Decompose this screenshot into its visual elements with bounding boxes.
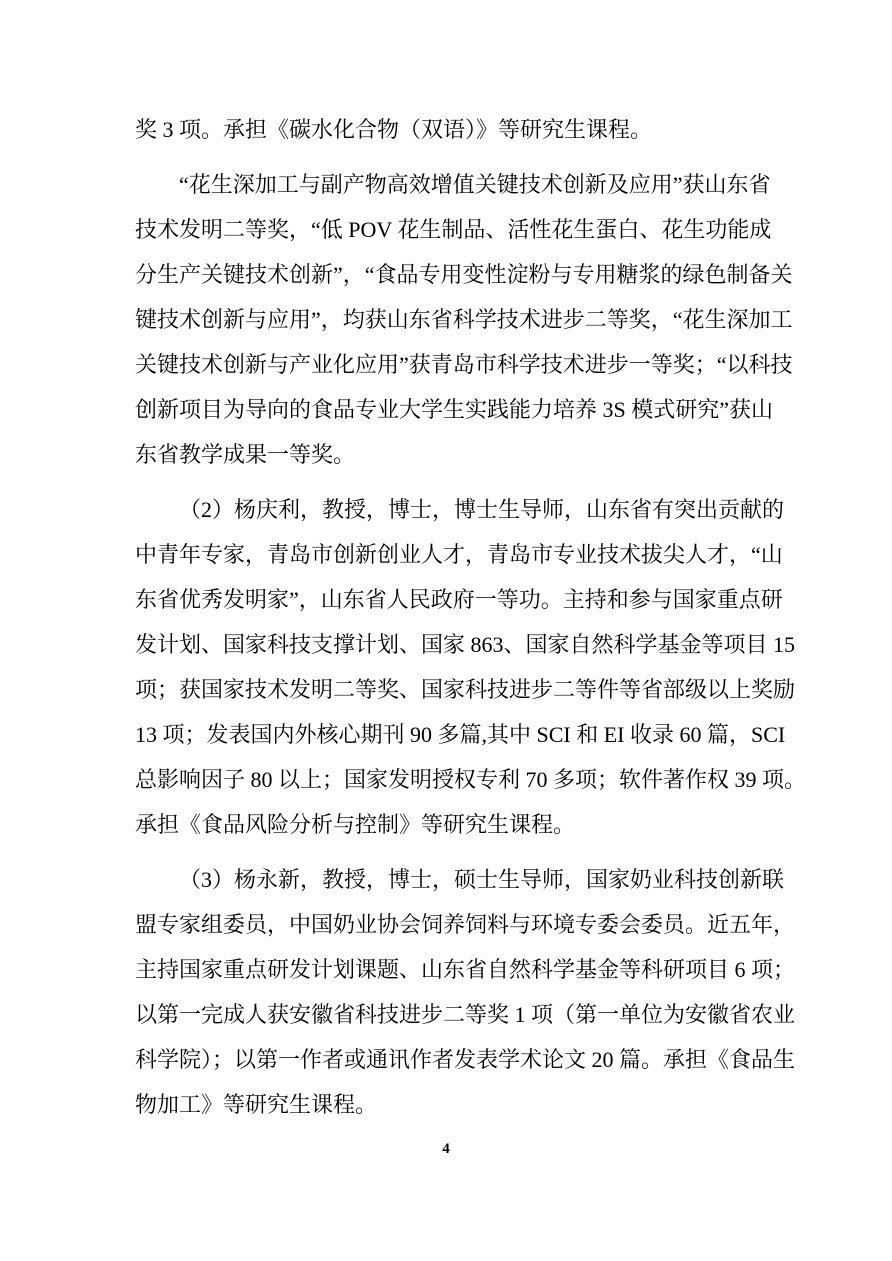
text-line: 东省教学成果一等奖。 — [135, 432, 757, 477]
text-line: 主持国家重点研发计划课题、山东省自然科学基金等科研项目 6 项； — [135, 947, 757, 992]
document-page: 奖 3 项。承担《碳水化合物（双语）》等研究生课程。“花生深加工与副产物高效增值… — [0, 0, 892, 1261]
paragraph: （3）杨永新，教授，博士，硕士生导师，国家奶业科技创新联盟专家组委员，中国奶业协… — [135, 857, 757, 1127]
text-line: 分生产关键技术创新”，“食品专用变性淀粉与专用糖浆的绿色制备关 — [135, 252, 757, 297]
text-line: 物加工》等研究生课程。 — [135, 1082, 757, 1127]
text-line: 关键技术创新与产业化应用”获青岛市科学技术进步一等奖；“以科技 — [135, 342, 757, 387]
text-line: 奖 3 项。承担《碳水化合物（双语）》等研究生课程。 — [135, 107, 757, 152]
text-line: 发计划、国家科技支撑计划、国家 863、国家自然科学基金等项目 15 — [135, 622, 757, 667]
text-line: 以第一完成人获安徽省科技进步二等奖 1 项（第一单位为安徽省农业 — [135, 992, 757, 1037]
paragraph: “花生深加工与副产物高效增值关键技术创新及应用”获山东省技术发明二等奖，“低 P… — [135, 162, 757, 477]
paragraph: （2）杨庆利，教授，博士，博士生导师，山东省有突出贡献的中青年专家，青岛市创新创… — [135, 487, 757, 847]
document-body: 奖 3 项。承担《碳水化合物（双语）》等研究生课程。“花生深加工与副产物高效增值… — [135, 107, 757, 1137]
text-line: 技术发明二等奖，“低 POV 花生制品、活性花生蛋白、花生功能成 — [135, 207, 757, 252]
text-line: 科学院）；以第一作者或通讯作者发表学术论文 20 篇。承担《食品生 — [135, 1037, 757, 1082]
text-line: 创新项目为导向的食品专业大学生实践能力培养 3S 模式研究”获山 — [135, 387, 757, 432]
text-line: 键技术创新与应用”，均获山东省科学技术进步二等奖，“花生深加工 — [135, 297, 757, 342]
text-line: 总影响因子 80 以上；国家发明授权专利 70 多项；软件著作权 39 项。 — [135, 757, 757, 802]
page-number: 4 — [135, 1138, 757, 1160]
text-line: （3）杨永新，教授，博士，硕士生导师，国家奶业科技创新联 — [135, 857, 757, 902]
paragraph: 奖 3 项。承担《碳水化合物（双语）》等研究生课程。 — [135, 107, 757, 152]
text-line: 东省优秀发明家”，山东省人民政府一等功。主持和参与国家重点研 — [135, 577, 757, 622]
text-line: 承担《食品风险分析与控制》等研究生课程。 — [135, 802, 757, 847]
text-line: （2）杨庆利，教授，博士，博士生导师，山东省有突出贡献的 — [135, 487, 757, 532]
text-line: 盟专家组委员，中国奶业协会饲养饲料与环境专委会委员。近五年， — [135, 902, 757, 947]
text-line: 项；获国家技术发明二等奖、国家科技进步二等件等省部级以上奖励 — [135, 667, 757, 712]
text-line: “花生深加工与副产物高效增值关键技术创新及应用”获山东省 — [135, 162, 757, 207]
text-line: 中青年专家，青岛市创新创业人才，青岛市专业技术拔尖人才，“山 — [135, 532, 757, 577]
text-line: 13 项；发表国内外核心期刊 90 多篇,其中 SCI 和 EI 收录 60 篇… — [135, 712, 757, 757]
